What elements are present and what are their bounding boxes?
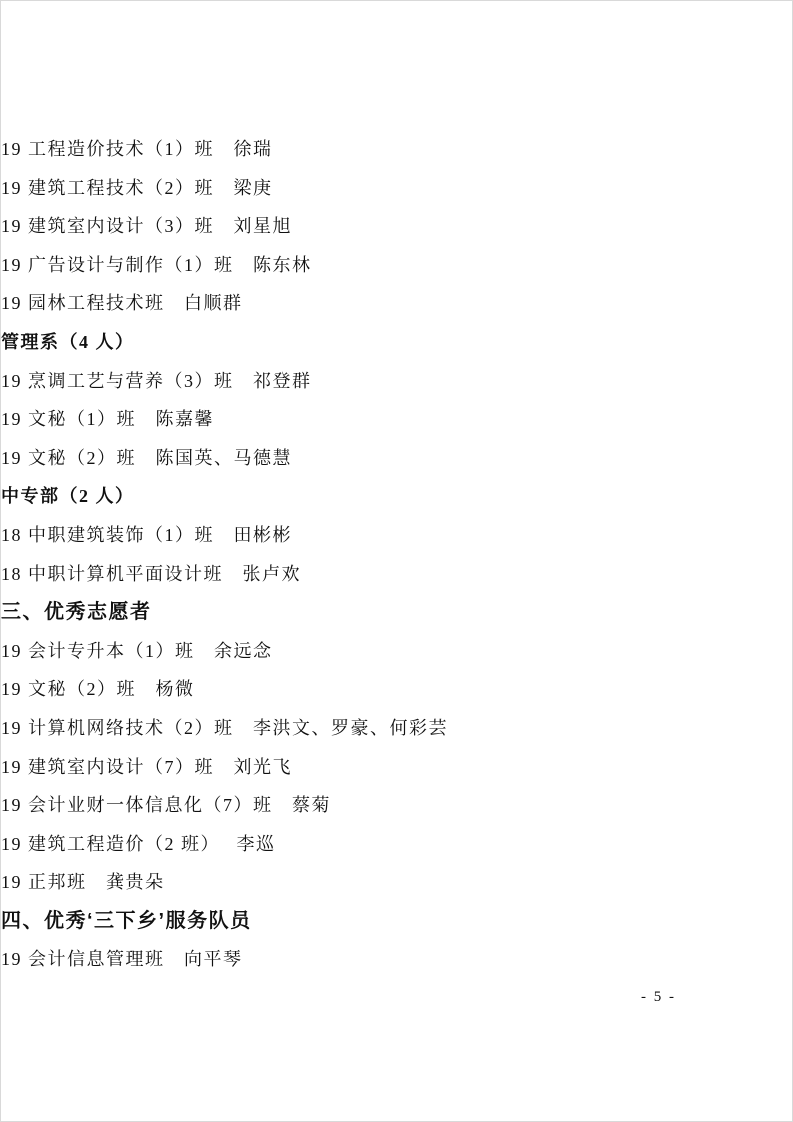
- list-item: 19 园林工程技术班 白顺群: [1, 284, 792, 323]
- list-item: 19 建筑室内设计（3）班 刘星旭: [1, 207, 792, 246]
- list-item: 19 建筑室内设计（7）班 刘光飞: [1, 748, 792, 787]
- list-item: 18 中职计算机平面设计班 张卢欢: [1, 555, 792, 594]
- page-number: - 5 -: [641, 989, 676, 1006]
- list-item: 19 文秘（2）班 陈国英、马德慧: [1, 439, 792, 478]
- list-item: 19 文秘（1）班 陈嘉馨: [1, 400, 792, 439]
- document-body: 19 工程造价技术（1）班 徐瑞19 建筑工程技术（2）班 梁庚19 建筑室内设…: [1, 130, 792, 979]
- list-item: 19 广告设计与制作（1）班 陈东林: [1, 246, 792, 285]
- list-item: 19 工程造价技术（1）班 徐瑞: [1, 130, 792, 169]
- subsection-heading: 管理系（4 人）: [1, 323, 792, 362]
- list-item: 19 建筑工程造价（2 班） 李巡: [1, 825, 792, 864]
- list-item: 18 中职建筑装饰（1）班 田彬彬: [1, 516, 792, 555]
- section-heading: 三、优秀志愿者: [1, 593, 792, 632]
- list-item: 19 会计专升本（1）班 余远念: [1, 632, 792, 671]
- list-item: 19 建筑工程技术（2）班 梁庚: [1, 169, 792, 208]
- list-item: 19 会计信息管理班 向平琴: [1, 940, 792, 979]
- subsection-heading: 中专部（2 人）: [1, 477, 792, 516]
- list-item: 19 正邦班 龚贵朵: [1, 863, 792, 902]
- document-page: 19 工程造价技术（1）班 徐瑞19 建筑工程技术（2）班 梁庚19 建筑室内设…: [0, 0, 793, 1122]
- list-item: 19 烹调工艺与营养（3）班 祁登群: [1, 362, 792, 401]
- section-heading: 四、优秀‘三下乡’服务队员: [1, 902, 792, 941]
- list-item: 19 会计业财一体信息化（7）班 蔡菊: [1, 786, 792, 825]
- list-item: 19 文秘（2）班 杨微: [1, 670, 792, 709]
- list-item: 19 计算机网络技术（2）班 李洪文、罗豪、何彩芸: [1, 709, 792, 748]
